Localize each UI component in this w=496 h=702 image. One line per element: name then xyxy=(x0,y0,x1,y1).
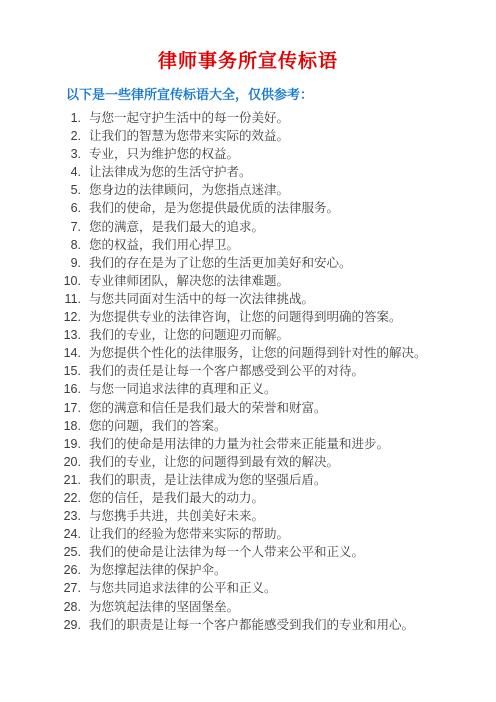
list-item-number: 10. xyxy=(63,272,81,290)
list-item-text: 我们的存在是为了让您的生活更加美好和安心。 xyxy=(89,254,352,272)
list-item: 4.让法律成为您的生活守护者。 xyxy=(0,163,496,181)
list-item: 25.我们的使命是让法律为每一个人带来公平和正义。 xyxy=(0,543,496,561)
list-item-text: 与您一同追求法律的真理和正义。 xyxy=(89,380,277,398)
list-item-number: 29. xyxy=(63,616,81,634)
list-item-text: 为您筑起法律的坚固堡垒。 xyxy=(89,598,239,616)
list-item: 12.为您提供专业的法律咨询，让您的问题得到明确的答案。 xyxy=(0,308,496,326)
list-item-number: 4. xyxy=(63,163,81,181)
list-item: 22.您的信任，是我们最大的动力。 xyxy=(0,489,496,507)
list-item: 8.您的权益，我们用心捍卫。 xyxy=(0,236,496,254)
list-item: 23.与您携手共进，共创美好未来。 xyxy=(0,507,496,525)
list-item-number: 9. xyxy=(63,254,81,272)
list-item: 21.我们的职责，是让法律成为您的坚强后盾。 xyxy=(0,471,496,489)
list-item-number: 22. xyxy=(63,489,81,507)
list-item-text: 您的满意和信任是我们最大的荣誉和财富。 xyxy=(89,399,327,417)
list-item-text: 您的权益，我们用心捍卫。 xyxy=(89,236,239,254)
list-item: 11.与您共同面对生活中的每一次法律挑战。 xyxy=(0,290,496,308)
list-item: 29.我们的职责是让每一个客户都能感受到我们的专业和用心。 xyxy=(0,616,496,634)
list-item: 17.您的满意和信任是我们最大的荣誉和财富。 xyxy=(0,399,496,417)
list-item-text: 为您提供个性化的法律服务，让您的问题得到针对性的解决。 xyxy=(89,344,427,362)
list-item: 1.与您一起守护生活中的每一份美好。 xyxy=(0,109,496,127)
list-item: 2.让我们的智慧为您带来实际的效益。 xyxy=(0,127,496,145)
list-item-number: 6. xyxy=(63,199,81,217)
list-item-number: 8. xyxy=(63,236,81,254)
list-item-number: 1. xyxy=(63,109,81,127)
list-item-number: 18. xyxy=(63,417,81,435)
list-item-text: 与您携手共进，共创美好未来。 xyxy=(89,507,264,525)
list-item: 13.我们的专业，让您的问题迎刃而解。 xyxy=(0,326,496,344)
list-item-number: 13. xyxy=(63,326,81,344)
list-item-number: 12. xyxy=(63,308,81,326)
list-item-number: 19. xyxy=(63,435,81,453)
list-item-text: 您的问题，我们的答案。 xyxy=(89,417,227,435)
list-item-text: 与您一起守护生活中的每一份美好。 xyxy=(89,109,289,127)
list-item: 5.您身边的法律顾问，为您指点迷津。 xyxy=(0,181,496,199)
list-item-text: 让法律成为您的生活守护者。 xyxy=(89,163,252,181)
list-item-text: 您的信任，是我们最大的动力。 xyxy=(89,489,264,507)
list-item-number: 26. xyxy=(63,561,81,579)
list-item: 14.为您提供个性化的法律服务，让您的问题得到针对性的解决。 xyxy=(0,344,496,362)
list-item: 16.与您一同追求法律的真理和正义。 xyxy=(0,380,496,398)
list-item: 20.我们的专业，让您的问题得到最有效的解决。 xyxy=(0,453,496,471)
list-item: 27.与您共同追求法律的公平和正义。 xyxy=(0,579,496,597)
list-item-text: 我们的专业，让您的问题迎刃而解。 xyxy=(89,326,289,344)
list-item-number: 14. xyxy=(63,344,81,362)
list-item-number: 5. xyxy=(63,181,81,199)
list-item-text: 我们的职责是让每一个客户都能感受到我们的专业和用心。 xyxy=(89,616,414,634)
list-item-text: 让我们的智慧为您带来实际的效益。 xyxy=(89,127,289,145)
list-item: 28.为您筑起法律的坚固堡垒。 xyxy=(0,598,496,616)
list-intro: 以下是一些律所宣传标语大全，仅供参考： xyxy=(66,86,456,104)
list-item: 3.专业，只为维护您的权益。 xyxy=(0,145,496,163)
list-item-number: 11. xyxy=(63,290,81,308)
list-item-number: 7. xyxy=(63,218,81,236)
list-item-number: 2. xyxy=(63,127,81,145)
list-item: 24.让我们的经验为您带来实际的帮助。 xyxy=(0,525,496,543)
list-item-text: 我们的使命是用法律的力量为社会带来正能量和进步。 xyxy=(89,435,389,453)
list-item-number: 23. xyxy=(63,507,81,525)
list-item-text: 您身边的法律顾问，为您指点迷津。 xyxy=(89,181,289,199)
page-title: 律师事务所宣传标语 xyxy=(0,0,496,74)
list-item-text: 我们的使命是让法律为每一个人带来公平和正义。 xyxy=(89,543,364,561)
list-item-text: 与您共同追求法律的公平和正义。 xyxy=(89,579,277,597)
list-item-number: 25. xyxy=(63,543,81,561)
list-item: 18.您的问题，我们的答案。 xyxy=(0,417,496,435)
list-item-number: 20. xyxy=(63,453,81,471)
list-item: 10.专业律师团队，解决您的法律难题。 xyxy=(0,272,496,290)
list-item-text: 我们的使命，是为您提供最优质的法律服务。 xyxy=(89,199,339,217)
list-item-number: 17. xyxy=(63,399,81,417)
list-item: 7.您的满意，是我们最大的追求。 xyxy=(0,218,496,236)
list-item-text: 我们的责任是让每一个客户都感受到公平的对待。 xyxy=(89,362,364,380)
document-page: 律师事务所宣传标语 以下是一些律所宣传标语大全，仅供参考： 1.与您一起守护生活… xyxy=(0,0,496,702)
list-item: 26.为您撑起法律的保护伞。 xyxy=(0,561,496,579)
list-item-text: 为您撑起法律的保护伞。 xyxy=(89,561,227,579)
list-item-text: 我们的专业，让您的问题得到最有效的解决。 xyxy=(89,453,339,471)
list-item-number: 28. xyxy=(63,598,81,616)
list-item-number: 3. xyxy=(63,145,81,163)
list-item-text: 为您提供专业的法律咨询，让您的问题得到明确的答案。 xyxy=(89,308,402,326)
list-item-text: 让我们的经验为您带来实际的帮助。 xyxy=(89,525,289,543)
list-item-number: 16. xyxy=(63,380,81,398)
list-item: 6.我们的使命，是为您提供最优质的法律服务。 xyxy=(0,199,496,217)
list-item-text: 与您共同面对生活中的每一次法律挑战。 xyxy=(89,290,314,308)
list-item-text: 专业，只为维护您的权益。 xyxy=(89,145,239,163)
list-item-text: 我们的职责，是让法律成为您的坚强后盾。 xyxy=(89,471,327,489)
slogan-list: 1.与您一起守护生活中的每一份美好。2.让我们的智慧为您带来实际的效益。3.专业… xyxy=(0,109,496,634)
list-item: 15.我们的责任是让每一个客户都感受到公平的对待。 xyxy=(0,362,496,380)
list-item-text: 您的满意，是我们最大的追求。 xyxy=(89,218,264,236)
list-item-text: 专业律师团队，解决您的法律难题。 xyxy=(89,272,289,290)
list-item: 9.我们的存在是为了让您的生活更加美好和安心。 xyxy=(0,254,496,272)
list-item-number: 15. xyxy=(63,362,81,380)
list-item-number: 27. xyxy=(63,579,81,597)
list-item: 19.我们的使命是用法律的力量为社会带来正能量和进步。 xyxy=(0,435,496,453)
list-item-number: 21. xyxy=(63,471,81,489)
list-item-number: 24. xyxy=(63,525,81,543)
